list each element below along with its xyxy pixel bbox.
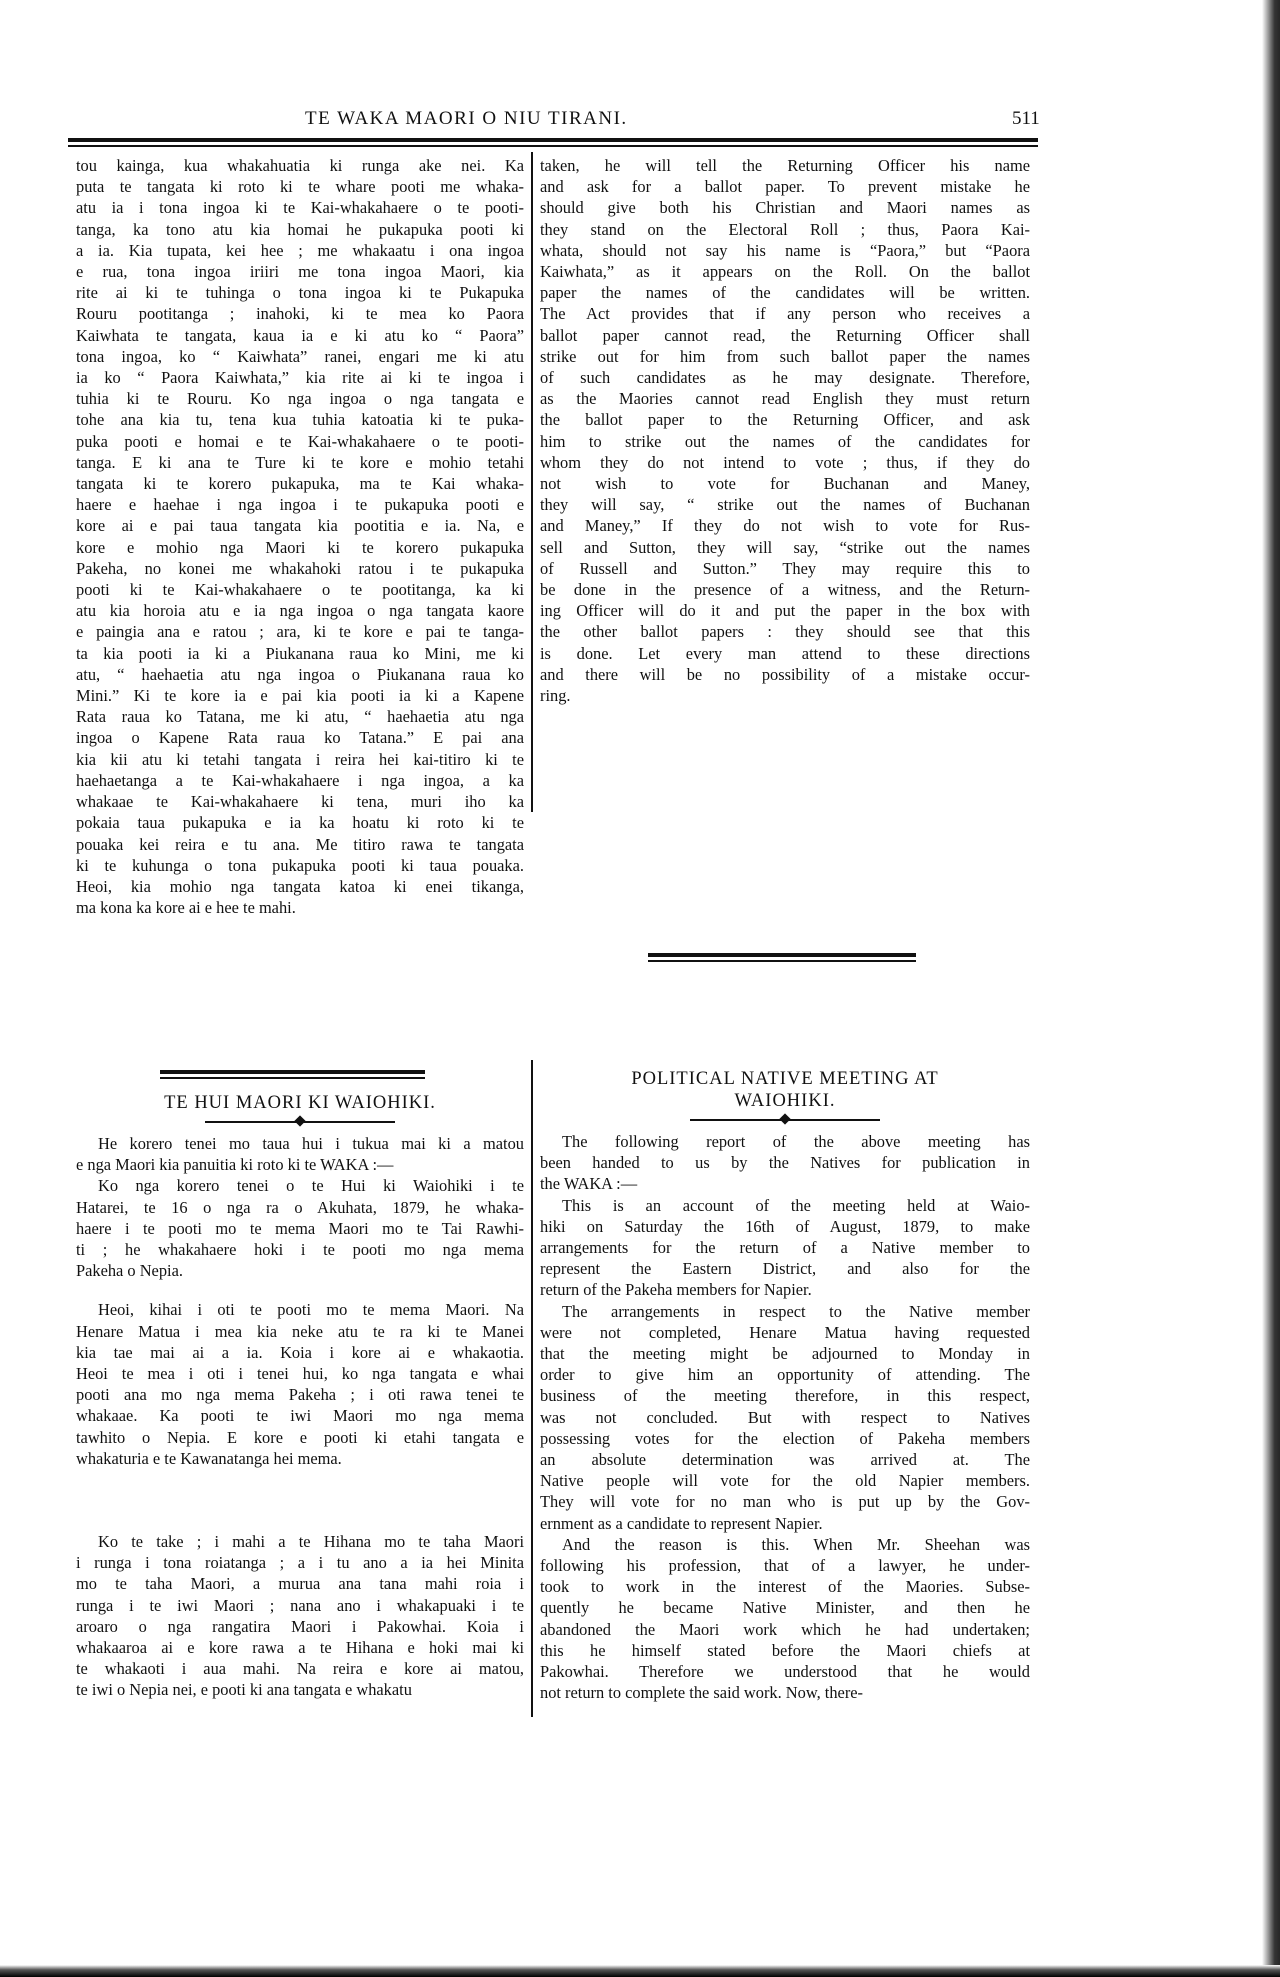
- text-line: that the meeting might be adjourned to M…: [540, 1343, 1030, 1364]
- text-line: ti ; he whakahaere hoki i te pooti mo ng…: [76, 1239, 524, 1260]
- paragraph: And the reason is this. When Mr. Sheehan…: [540, 1534, 1030, 1704]
- maori-article-title: TE HUI MAORI KI WAIOHIKI.: [76, 1092, 524, 1114]
- text-line: of Russell and Sutton.” They may require…: [540, 558, 1030, 579]
- text-line: and Maney,” If they do not wish to vote …: [540, 515, 1030, 536]
- text-line: kia tae mai ai a ia. Koia i kore ai e wh…: [76, 1342, 524, 1363]
- text-line: not wish to vote for Buchanan and Maney,: [540, 473, 1030, 494]
- text-line: Native people will vote for the old Napi…: [540, 1470, 1030, 1491]
- text-line: puta te tangata ki roto ki te whare poot…: [76, 176, 524, 197]
- paragraph: Ko nga korero tenei o te Hui ki Waiohiki…: [76, 1175, 524, 1281]
- text-line: tanga, ka tono atu kia homai he pukapuka…: [76, 219, 524, 240]
- text-line: arrangements for the return of a Native …: [540, 1237, 1030, 1258]
- text-line: and ask for a ballot paper. To prevent m…: [540, 176, 1030, 197]
- text-line: were not completed, Henare Matua having …: [540, 1322, 1030, 1343]
- text-line: whakaaroa ai e kore rawa a te Hihana e h…: [76, 1637, 524, 1658]
- text-line: tou kainga, kua whakahuatia ki runga ake…: [76, 155, 524, 176]
- text-line: haere e haehae i nga ingoa i te pukapuka…: [76, 494, 524, 515]
- text-line: tawhito o Nepia. E kore e pooti ki etahi…: [76, 1427, 524, 1448]
- paragraph: He korero tenei mo taua hui i tukua mai …: [76, 1133, 524, 1175]
- section-separator-right: [648, 953, 916, 962]
- text-line: took to work in the interest of the Maor…: [540, 1576, 1030, 1597]
- left-continuation-text: tou kainga, kua whakahuatia ki runga ake…: [76, 155, 524, 918]
- english-article-body: The following report of the above meetin…: [540, 1131, 1030, 1703]
- diamond-ornament-rule: [205, 1117, 395, 1127]
- text-line: ki te kuhunga o tona pukapuka pooti ki t…: [76, 855, 524, 876]
- text-line: is done. Let every man attend to these d…: [540, 643, 1030, 664]
- text-line: paper the names of the candidates will b…: [540, 282, 1030, 303]
- scan-edge-shadow: [1262, 0, 1280, 1977]
- text-line: should give both his Christian and Maori…: [540, 197, 1030, 218]
- text-line: aroaro o nga rangatira Maori i Pakowhai.…: [76, 1616, 524, 1637]
- paragraph: Ko te take ; i mahi a te Hihana mo te ta…: [76, 1531, 524, 1701]
- text-line: Henare Matua i mea kia neke atu te ra ki…: [76, 1321, 524, 1342]
- paragraph: This is an account of the meeting held a…: [540, 1195, 1030, 1301]
- text-line: Ko nga korero tenei o te Hui ki Waiohiki…: [76, 1175, 524, 1196]
- text-line: runga i te iwi Maori ; nana ano i whakap…: [76, 1595, 524, 1616]
- text-line: sell and Sutton, they will say, “strike …: [540, 537, 1030, 558]
- text-line: be done in the presence of a witness, an…: [540, 579, 1030, 600]
- scan-bottom-edge: [0, 1965, 1280, 1977]
- text-line: haehaetanga a te Kai-whakahaere i nga in…: [76, 770, 524, 791]
- text-line: And the reason is this. When Mr. Sheehan…: [540, 1534, 1030, 1555]
- text-line: they will say, “ strike out the names of…: [540, 494, 1030, 515]
- text-line: puka pooti e homai e te Kai-whakahaere o…: [76, 431, 524, 452]
- text-line: te whakaoti i aua mahi. Na reira e kore …: [76, 1658, 524, 1679]
- right-continuation-text: taken, he will tell the Returning Office…: [540, 155, 1030, 706]
- page-number: 511: [1012, 108, 1040, 130]
- text-line: mo te taha Maori, a murua ana tana mahi …: [76, 1573, 524, 1594]
- text-line: they stand on the Electoral Roll ; thus,…: [540, 219, 1030, 240]
- text-line: tona ingoa, ko “ Kaiwhata” ranei, engari…: [76, 346, 524, 367]
- text-line: whakaae. Ka pooti te iwi Maori mo nga me…: [76, 1405, 524, 1426]
- text-line: Hatarei, te 16 o nga ra o Akuhata, 1879,…: [76, 1197, 524, 1218]
- text-line: return of the Pakeha members for Napier.: [540, 1279, 1030, 1300]
- header-rule-thin: [68, 145, 1038, 147]
- english-article-title-line2: WAIOHIKI.: [540, 1090, 1030, 1112]
- text-line: not return to complete the said work. No…: [540, 1682, 1030, 1703]
- text-line: te iwi o Nepia nei, e pooti ki ana tanga…: [76, 1679, 524, 1700]
- text-line: taken, he will tell the Returning Office…: [540, 155, 1030, 176]
- text-line: of such candidates as he may designate. …: [540, 367, 1030, 388]
- text-line: was not concluded. But with respect to N…: [540, 1407, 1030, 1428]
- text-line: Rouru pootitanga ; inahoki, ki te mea ko…: [76, 303, 524, 324]
- text-line: Rata raua ko Tatana, me ki atu, “ haehae…: [76, 706, 524, 727]
- maori-article: TE HUI MAORI KI WAIOHIKI. He korero tene…: [76, 1092, 524, 1701]
- text-line: quently he became Native Minister, and t…: [540, 1597, 1030, 1618]
- text-line: Pakeha o Nepia.: [76, 1260, 524, 1281]
- text-line: kia kii atu ki tetahi tangata i reira he…: [76, 749, 524, 770]
- text-line: kore ai e pai taua tangata kia pootitia …: [76, 515, 524, 536]
- text-line: atu, “ haehaetia atu nga ingoa o Piukana…: [76, 664, 524, 685]
- paragraph: Heoi, kihai i oti te pooti mo te mema Ma…: [76, 1299, 524, 1469]
- text-line: pooti ana mo nga mema Pakeha ; i oti raw…: [76, 1384, 524, 1405]
- text-line: Ko te take ; i mahi a te Hihana mo te ta…: [76, 1531, 524, 1552]
- text-line: been handed to us by the Natives for pub…: [540, 1152, 1030, 1173]
- text-line: pouaka kei reira e tu ana. Me titiro raw…: [76, 834, 524, 855]
- column-divider-upper: [531, 152, 533, 812]
- text-line: and there will be no possibility of a mi…: [540, 664, 1030, 685]
- diamond-ornament-icon: [779, 1113, 790, 1124]
- text-line: The Act provides that if any person who …: [540, 303, 1030, 324]
- text-line: possessing votes for the election of Pak…: [540, 1428, 1030, 1449]
- text-line: ta kia pooti ia ki a Piukanana raua ko M…: [76, 643, 524, 664]
- text-line: business of the meeting therefore, in th…: [540, 1385, 1030, 1406]
- text-line: an absolute determination was arrived at…: [540, 1449, 1030, 1470]
- text-line: Pakowhai. Therefore we understood that h…: [540, 1661, 1030, 1682]
- text-line: This is an account of the meeting held a…: [540, 1195, 1030, 1216]
- text-line: this he himself stated before the Maori …: [540, 1640, 1030, 1661]
- text-line: ing Officer will do it and put the paper…: [540, 600, 1030, 621]
- text-line: as the Maories cannot read English they …: [540, 388, 1030, 409]
- text-line: haere i te pooti mo te mema Maori mo te …: [76, 1218, 524, 1239]
- header-rule-thick: [68, 138, 1038, 142]
- text-line: Mini.” Ki te kore ia e pai kia pooti ia …: [76, 685, 524, 706]
- text-line: the WAKA :—: [540, 1173, 1030, 1194]
- text-line: Heoi, kia mohio nga tangata katoa ki ene…: [76, 876, 524, 897]
- text-line: the other ballot papers : they should se…: [540, 621, 1030, 642]
- text-line: abandoned the Maori work which he had un…: [540, 1619, 1030, 1640]
- text-line: ballot paper cannot read, the Returning …: [540, 325, 1030, 346]
- text-line: atu ia i tona ingoa ki te Kai-whakahaere…: [76, 197, 524, 218]
- text-line: whata, should not say his name is “Paora…: [540, 240, 1030, 261]
- text-line: Kaiwhata te tangata, kaua ia e ki atu ko…: [76, 325, 524, 346]
- text-line: represent the Eastern District, and also…: [540, 1258, 1030, 1279]
- text-line: whom they do not intend to vote ; thus, …: [540, 452, 1030, 473]
- text-line: rite ai ki te tuhinga o tona ingoa ki te…: [76, 282, 524, 303]
- text-line: ia ko “ Paora Kaiwhata,” kia rite ai ki …: [76, 367, 524, 388]
- column-divider-lower: [531, 1060, 533, 1717]
- text-line: The arrangements in respect to the Nativ…: [540, 1301, 1030, 1322]
- text-line: ring.: [540, 685, 1030, 706]
- text-line: pokaia taua pukapuka e ia ka hoatu ki ro…: [76, 812, 524, 833]
- text-line: He korero tenei mo taua hui i tukua mai …: [76, 1133, 524, 1154]
- running-header: TE WAKA MAORI O NIU TIRANI. 511: [0, 108, 1280, 138]
- english-article-title-line1: POLITICAL NATIVE MEETING AT: [540, 1068, 1030, 1090]
- newspaper-page: TE WAKA MAORI O NIU TIRANI. 511 tou kain…: [0, 0, 1280, 1977]
- text-line: ernment as a candidate to represent Napi…: [540, 1513, 1030, 1534]
- text-line: ma kona ka kore ai e hee te mahi.: [76, 897, 524, 918]
- text-line: kore e mohio nga Maori ki te korero puka…: [76, 537, 524, 558]
- text-line: pooti ki te Kai-whakahaere o te pootitan…: [76, 579, 524, 600]
- text-line: atu kia horoia atu e ia nga ingoa o nga …: [76, 600, 524, 621]
- text-line: The following report of the above meetin…: [540, 1131, 1030, 1152]
- text-line: him to strike out the names of the candi…: [540, 431, 1030, 452]
- section-separator-left: [160, 1070, 425, 1079]
- text-line: whakaae te Kai-whakahaere ki tena, muri …: [76, 791, 524, 812]
- text-line: order to give him an opportunity of atte…: [540, 1364, 1030, 1385]
- text-line: e paingia ana e ratou ; ara, ki te kore …: [76, 621, 524, 642]
- paragraph: The arrangements in respect to the Nativ…: [540, 1301, 1030, 1534]
- text-line: the ballot paper to the Returning Office…: [540, 409, 1030, 430]
- english-article: POLITICAL NATIVE MEETING AT WAIOHIKI. Th…: [540, 1068, 1030, 1703]
- text-line: tuhia ki te Rouru. Ko nga ingoa o nga ta…: [76, 388, 524, 409]
- text-line: i runga i tona roiatanga ; a i tu ano a …: [76, 1552, 524, 1573]
- text-line: Heoi te mea i oti i tenei hui, ko nga ta…: [76, 1363, 524, 1384]
- text-line: e nga Maori kia panuitia ki roto ki te W…: [76, 1154, 524, 1175]
- diamond-ornament-icon: [294, 1115, 305, 1126]
- paragraph: The following report of the above meetin…: [540, 1131, 1030, 1195]
- text-line: They will vote for no man who is put up …: [540, 1491, 1030, 1512]
- text-line: ingoa o Kapene Rata raua ko Tatana.” E p…: [76, 727, 524, 748]
- text-line: e rua, tona ingoa iriiri me tona ingoa M…: [76, 261, 524, 282]
- text-line: tangata ki te korero pukapuka, ma te Kai…: [76, 473, 524, 494]
- text-line: Heoi, kihai i oti te pooti mo te mema Ma…: [76, 1299, 524, 1320]
- text-line: tanga. E ki ana te Ture ki te kore e moh…: [76, 452, 524, 473]
- text-line: hiki on Saturday the 16th of August, 187…: [540, 1216, 1030, 1237]
- text-line: following his profession, that of a lawy…: [540, 1555, 1030, 1576]
- maori-article-body: He korero tenei mo taua hui i tukua mai …: [76, 1133, 524, 1701]
- text-line: Kaiwhata,” as it appears on the Roll. On…: [540, 261, 1030, 282]
- text-line: strike out for him from such ballot pape…: [540, 346, 1030, 367]
- text-line: whakaturia e te Kawanatanga hei mema.: [76, 1448, 524, 1469]
- diamond-ornament-rule: [690, 1115, 880, 1125]
- text-line: Pakeha, no konei me whakahoki ratou i te…: [76, 558, 524, 579]
- text-line: a ia. Kia tupata, kei hee ; me whakaatu …: [76, 240, 524, 261]
- text-line: tohe ana kia tu, tena kua tuhia katoatia…: [76, 409, 524, 430]
- running-title: TE WAKA MAORI O NIU TIRANI.: [305, 108, 628, 130]
